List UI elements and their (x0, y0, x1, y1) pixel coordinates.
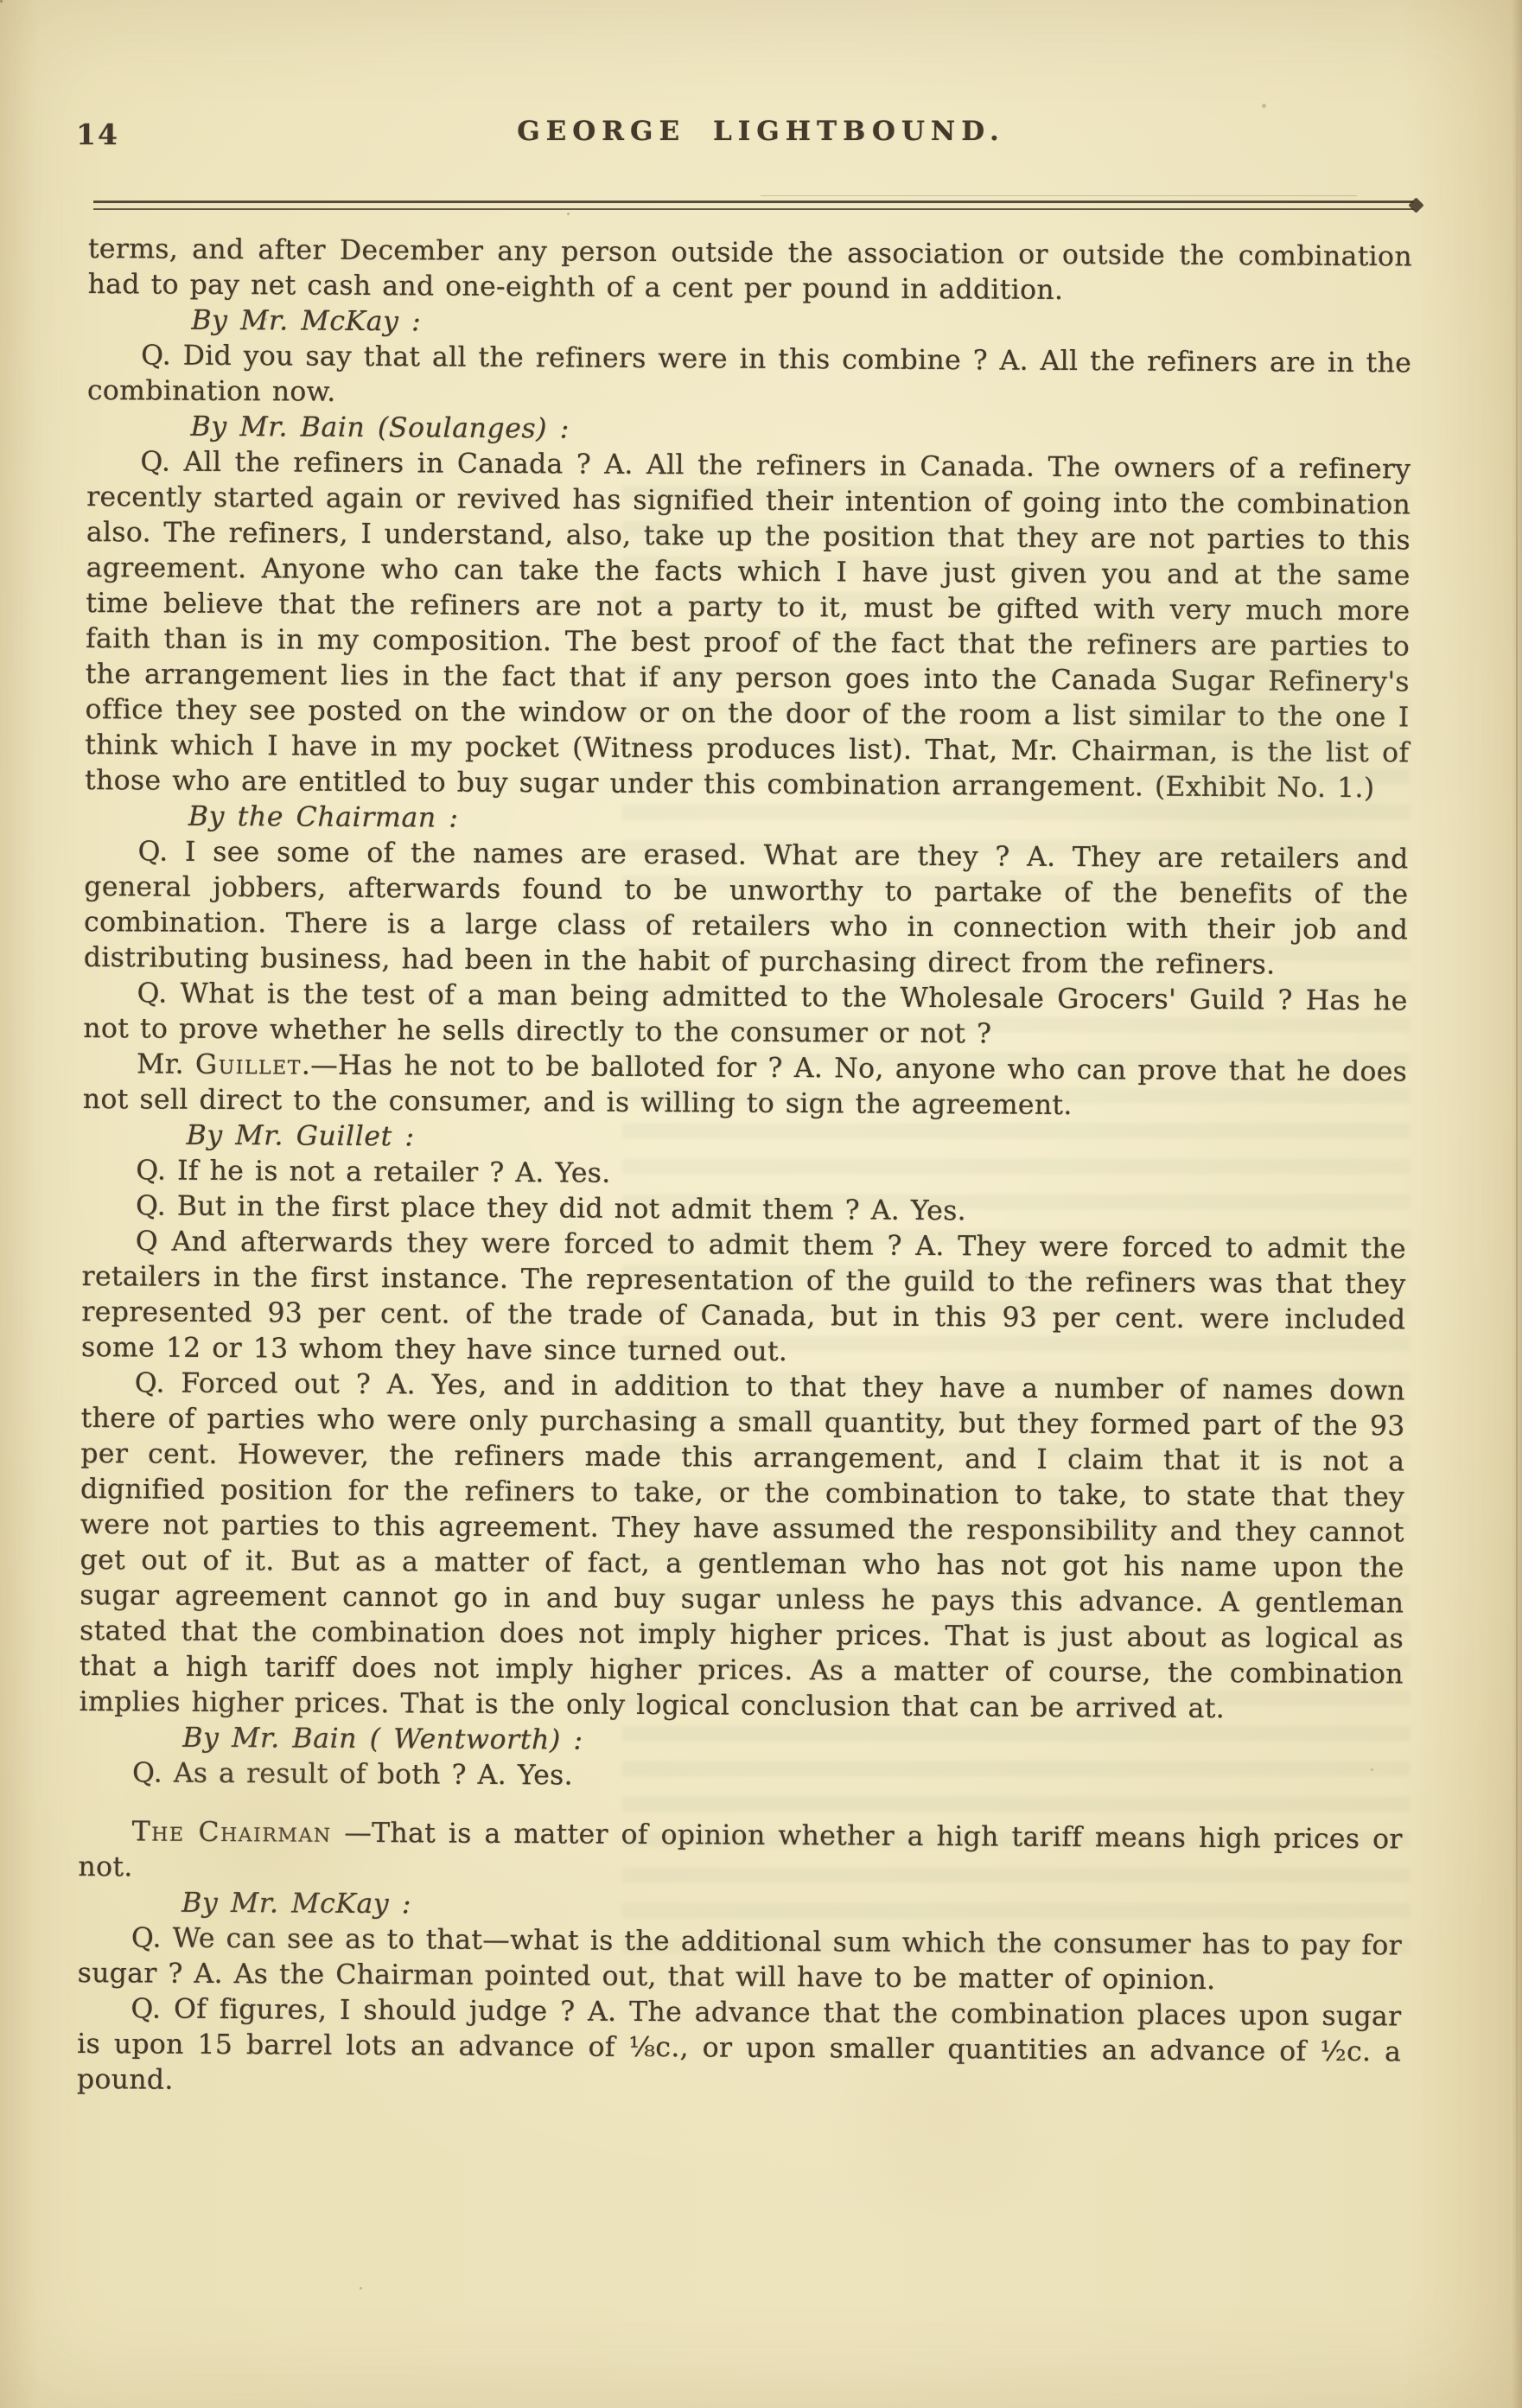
hairline-artifact (761, 195, 1357, 196)
paper-specks (0, 0, 3, 3)
paragraph-continuation: terms, and after December any person out… (87, 232, 1411, 310)
masthead: 14 GEORGE LIGHTBOUND. (0, 116, 1522, 154)
speaker-paragraph: Mr. Guillet.—Has he not to be balloted f… (83, 1047, 1407, 1125)
qa-paragraph: Q And afterwards they were forced to adm… (81, 1224, 1406, 1373)
rule-end-cap (1408, 197, 1423, 213)
transcript-body: terms, and after December any person out… (77, 232, 1412, 2105)
running-header: GEORGE LIGHTBOUND. (0, 116, 1522, 147)
speaker-paragraph: The Chairman —That is a matter of opinio… (78, 1814, 1402, 1893)
page-edge-shadow (1516, 35, 1518, 2382)
divider-double-rule (93, 201, 1414, 210)
qa-paragraph: Q. What is the test of a man being admit… (83, 976, 1407, 1054)
scanned-page: 14 GEORGE LIGHTBOUND. terms, and after D… (0, 0, 1522, 2408)
qa-paragraph: Q. Of figures, I should judge ? A. The a… (77, 1991, 1402, 2105)
speaker-name: Guillet (195, 1049, 302, 1081)
qa-paragraph: Q. Forced out ? A. Yes, and in addition … (79, 1366, 1404, 1728)
qa-paragraph: Q. I see some of the names are erased. W… (84, 834, 1409, 984)
speaker-name: The Chairman (132, 1816, 332, 1848)
speaker-prefix: Mr. (137, 1048, 195, 1080)
qa-paragraph: Q. We can see as to that—what is the add… (78, 1921, 1402, 1999)
qa-paragraph: Q. As a result of both ? A. Yes. (79, 1755, 1403, 1799)
qa-paragraph: Q. All the refiners in Canada ? A. All t… (85, 444, 1411, 806)
qa-paragraph: Q. Did you say that all the refiners wer… (87, 338, 1411, 417)
